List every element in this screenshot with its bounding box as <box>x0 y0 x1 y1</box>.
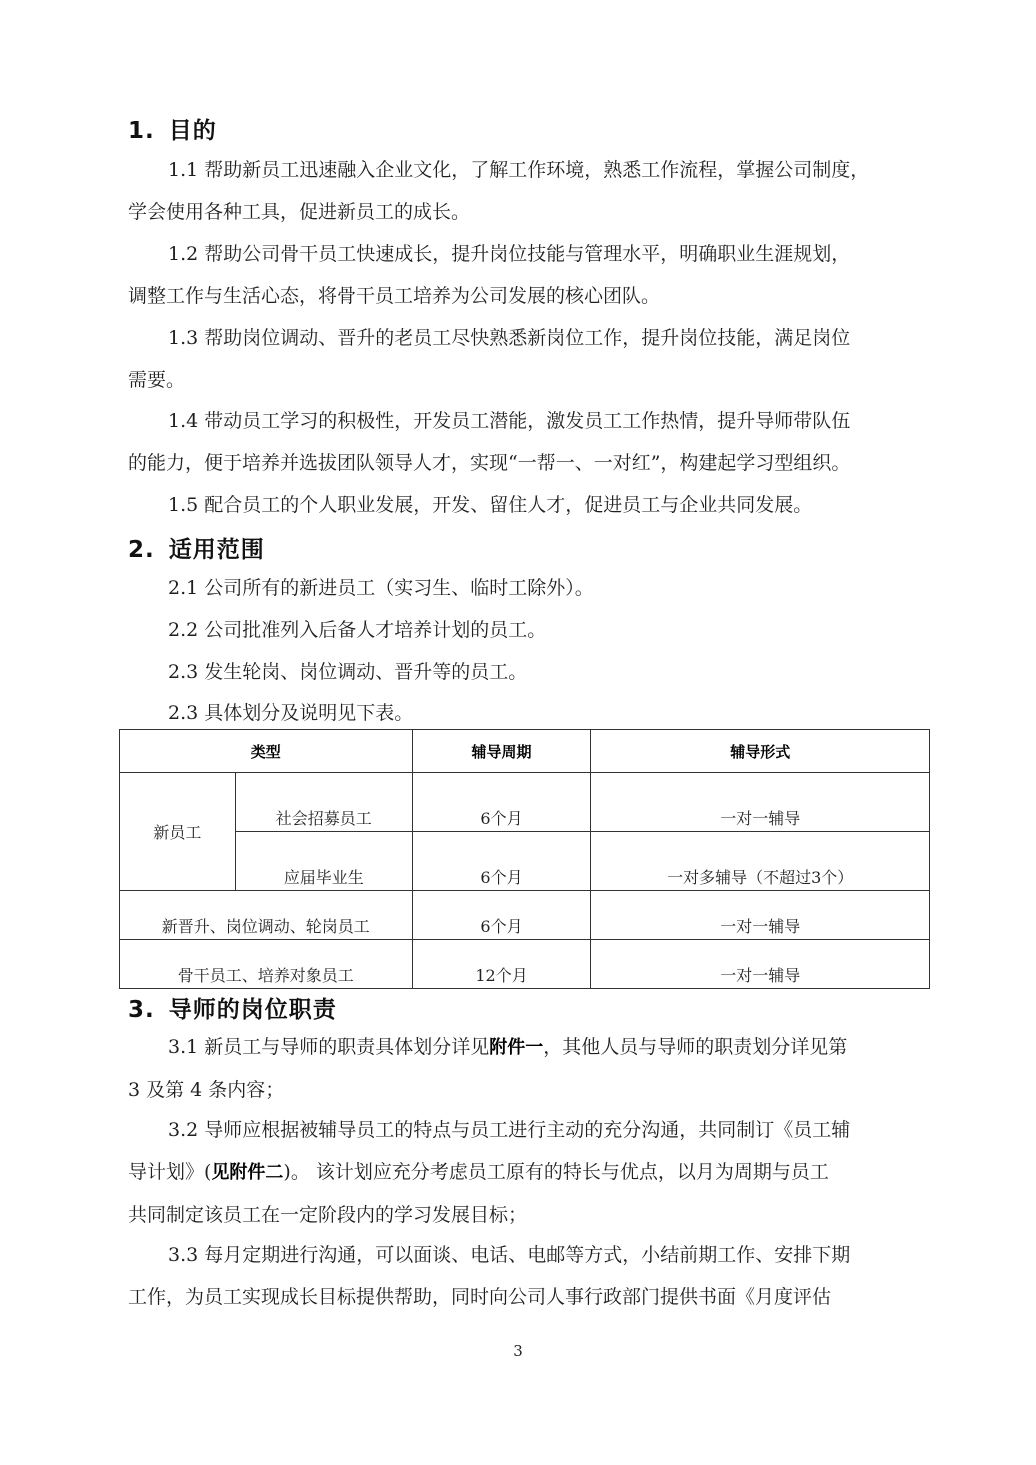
table-group-label: 新员工 <box>120 773 236 891</box>
table-header-form: 辅导形式 <box>591 730 930 773</box>
section-title: 适用范围 <box>169 537 265 563</box>
table-row: 新晋升、岗位调动、轮岗员工 6个月 一对一辅导 <box>120 891 930 940</box>
paragraph-line: 的能力，便于培养并选拔团队领导人才，实现“一帮一、一对红”，构建起学习型组织。 <box>128 452 850 474</box>
paragraph-text: ，其他人员与导师的职责划分详见第 <box>543 1036 847 1058</box>
paragraph-line: 工作，为员工实现成长目标提供帮助，同时向公司人事行政部门提供书面《月度评估 <box>128 1286 831 1308</box>
document-page: 1.目的 1.1 帮助新员工迅速融入企业文化，了解工作环境，熟悉工作流程，掌握公… <box>0 0 1036 1465</box>
paragraph-1-5: 1.5 配合员工的个人职业发展，开发、留住人才，促进员工与企业共同发展。 <box>128 484 908 526</box>
table-cell-form: 一对一辅导 <box>591 940 930 989</box>
paragraph-line: 1.2 帮助公司骨干员工快速成长，提升岗位技能与管理水平，明确职业生涯规划， <box>168 243 850 265</box>
paragraph-line: 1.5 配合员工的个人职业发展，开发、留住人才，促进员工与企业共同发展。 <box>168 494 812 516</box>
paragraph-1-3: 1.3 帮助岗位调动、晋升的老员工尽快熟悉新岗位工作，提升岗位技能，满足岗位 需… <box>128 317 908 401</box>
paragraph-line: 共同制定该员工在一定阶段内的学习发展目标； <box>128 1204 527 1226</box>
table-cell-period: 12个月 <box>412 940 591 989</box>
paragraph-line: 2.2 公司批准列入后备人才培养计划的员工。 <box>168 619 546 641</box>
table-cell-type: 骨干员工、培养对象员工 <box>120 940 413 989</box>
paragraph-text: )。 该计划应充分考虑员工原有的特长与优点，以月为周期与员工 <box>283 1161 828 1183</box>
paragraph-line: 学会使用各种工具，促进新员工的成长。 <box>128 201 470 223</box>
paragraph-2-1: 2.1 公司所有的新进员工（实习生、临时工除外）。 <box>128 567 908 609</box>
table-row: 骨干员工、培养对象员工 12个月 一对一辅导 <box>120 940 930 989</box>
page-number: 3 <box>0 1342 1036 1360</box>
paragraph-line: 1.3 帮助岗位调动、晋升的老员工尽快熟悉新岗位工作，提升岗位技能，满足岗位 <box>168 327 850 349</box>
section-number: 3. <box>128 997 155 1023</box>
paragraph-line: 3.3 每月定期进行沟通，可以面谈、电话、电邮等方式，小结前期工作、安排下期 <box>168 1244 850 1266</box>
paragraph-3-3: 3.3 每月定期进行沟通，可以面谈、电话、电邮等方式，小结前期工作、安排下期 工… <box>128 1234 908 1318</box>
table-row: 应届毕业生 6个月 一对多辅导（不超过3个） <box>120 832 930 891</box>
paragraph-line: 1.4 带动员工学习的积极性，开发员工潜能，激发员工工作热情，提升导师带队伍 <box>168 410 850 432</box>
paragraph-line: 3.2 导师应根据被辅导员工的特点与员工进行主动的充分沟通，共同制订《员工辅 <box>168 1119 850 1141</box>
coaching-period-table: 类型 辅导周期 辅导形式 新员工 社会招募员工 6个月 一对一辅导 应届毕业生 … <box>119 729 930 989</box>
paragraph-line: 2.3 具体划分及说明见下表。 <box>168 702 413 724</box>
table-cell-type: 新晋升、岗位调动、轮岗员工 <box>120 891 413 940</box>
section-title: 导师的岗位职责 <box>169 997 337 1023</box>
paragraph-line: 需要。 <box>128 369 185 391</box>
section-title: 目的 <box>169 118 217 144</box>
paragraph-1-4: 1.4 带动员工学习的积极性，开发员工潜能，激发员工工作热情，提升导师带队伍 的… <box>128 400 908 484</box>
table-header-type: 类型 <box>120 730 413 773</box>
paragraph-2-3: 2.3 发生轮岗、岗位调动、晋升等的员工。 <box>128 651 908 693</box>
table-cell-form: 一对一辅导 <box>591 773 930 832</box>
attachment-one-reference: 附件一 <box>489 1037 543 1058</box>
paragraph-line: 1.1 帮助新员工迅速融入企业文化，了解工作环境，熟悉工作流程，掌握公司制度， <box>168 159 869 181</box>
section-number: 2. <box>128 537 155 563</box>
paragraph-3-1: 3.1 新员工与导师的职责具体划分详见附件一，其他人员与导师的职责划分详见第 3… <box>128 1026 908 1111</box>
paragraph-2-4: 2.3 具体划分及说明见下表。 <box>128 692 908 734</box>
table-cell-form: 一对多辅导（不超过3个） <box>591 832 930 891</box>
section-heading-purpose: 1.目的 <box>128 112 217 145</box>
paragraph-text: 3.1 新员工与导师的职责具体划分详见 <box>168 1036 489 1058</box>
table-cell-period: 6个月 <box>412 832 591 891</box>
table-cell-type: 社会招募员工 <box>235 773 412 832</box>
table-cell-period: 6个月 <box>412 773 591 832</box>
table-cell-type: 应届毕业生 <box>235 832 412 891</box>
paragraph-1-1: 1.1 帮助新员工迅速融入企业文化，了解工作环境，熟悉工作流程，掌握公司制度， … <box>128 149 908 233</box>
paragraph-line: 2.1 公司所有的新进员工（实习生、临时工除外）。 <box>168 577 594 599</box>
table-row: 新员工 社会招募员工 6个月 一对一辅导 <box>120 773 930 832</box>
paragraph-line: 2.3 发生轮岗、岗位调动、晋升等的员工。 <box>168 661 527 683</box>
paragraph-2-2: 2.2 公司批准列入后备人才培养计划的员工。 <box>128 609 908 651</box>
paragraph-1-2: 1.2 帮助公司骨干员工快速成长，提升岗位技能与管理水平，明确职业生涯规划， 调… <box>128 233 908 317</box>
table-header-period: 辅导周期 <box>412 730 591 773</box>
section-heading-scope: 2.适用范围 <box>128 531 265 564</box>
paragraph-3-2: 3.2 导师应根据被辅导员工的特点与员工进行主动的充分沟通，共同制订《员工辅 导… <box>128 1109 908 1236</box>
table-cell-form: 一对一辅导 <box>591 891 930 940</box>
attachment-two-reference: 见附件二 <box>211 1162 283 1183</box>
table-header-row: 类型 辅导周期 辅导形式 <box>120 730 930 773</box>
paragraph-text: 导计划》( <box>128 1161 211 1183</box>
section-heading-mentor-duties: 3.导师的岗位职责 <box>128 991 337 1024</box>
section-number: 1. <box>128 118 155 144</box>
table-cell-period: 6个月 <box>412 891 591 940</box>
paragraph-line: 3 及第 4 条内容； <box>128 1079 284 1101</box>
paragraph-line: 调整工作与生活心态，将骨干员工培养为公司发展的核心团队。 <box>128 285 660 307</box>
